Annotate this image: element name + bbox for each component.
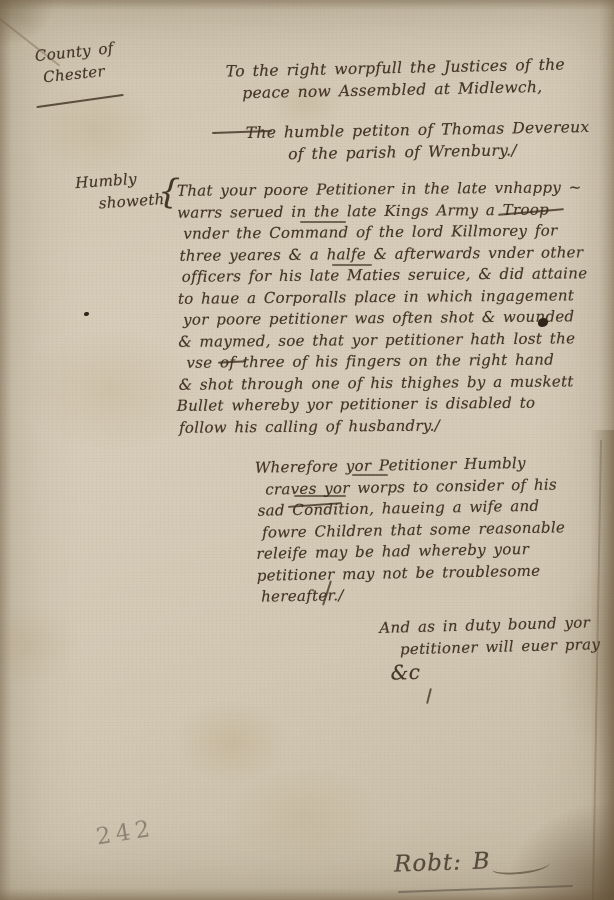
manuscript-line: follow his calling of husbandry./ <box>179 414 589 439</box>
ink-strikethrough-chester <box>36 94 123 108</box>
prayer-line: hereafter./ <box>261 581 567 608</box>
manuscript-line: That your poore Petitioner in the late v… <box>177 177 587 202</box>
abbreviation-macron-condition <box>294 495 346 497</box>
county-note: County of Chester <box>34 38 117 89</box>
abbreviation-macron-command <box>300 221 346 223</box>
manuscript-line: yor poore petitioner was often shot & wo… <box>183 306 588 331</box>
salutation: To the right worpfull the Justices of th… <box>226 54 566 104</box>
abbreviation-macron-maties <box>332 264 372 266</box>
manuscript-line: vse of three of his fingers on the right… <box>186 349 588 374</box>
petition-body: That your poore Petitioner in the late v… <box>177 177 589 439</box>
margin-note: Humbly showeth <box>75 167 166 216</box>
signature-flourish <box>492 856 551 876</box>
paper-bottom-edge <box>0 888 614 900</box>
petition-title: The humble petiton of Thomas Devereux of… <box>246 117 590 166</box>
signature: Robt: B <box>394 848 491 877</box>
page-number: 242 <box>94 816 156 851</box>
paper-top-edge <box>0 0 614 10</box>
manuscript-line: officers for his late Maties seruice, & … <box>182 263 588 288</box>
abbreviation-macron-worps <box>352 474 388 476</box>
title-line-2: of the parish of Wrenbury./ <box>288 139 590 166</box>
ink-speck <box>84 312 89 316</box>
closing-block: And as in duty bound yor petitioner will… <box>379 612 601 685</box>
manuscript-page: County of Chester To the right worpfull … <box>0 0 614 900</box>
showeth-line: showeth <box>98 188 165 214</box>
prayer-paragraph: Wherefore yor Petitioner Humbly craves y… <box>255 452 567 608</box>
manuscript-line: vnder the Command of the lord Killmorey … <box>183 220 587 245</box>
paper-left-edge <box>0 0 12 900</box>
manuscript-line: Bullet whereby yor petitioner is disable… <box>177 392 589 417</box>
flourish-slash-small <box>426 688 432 704</box>
